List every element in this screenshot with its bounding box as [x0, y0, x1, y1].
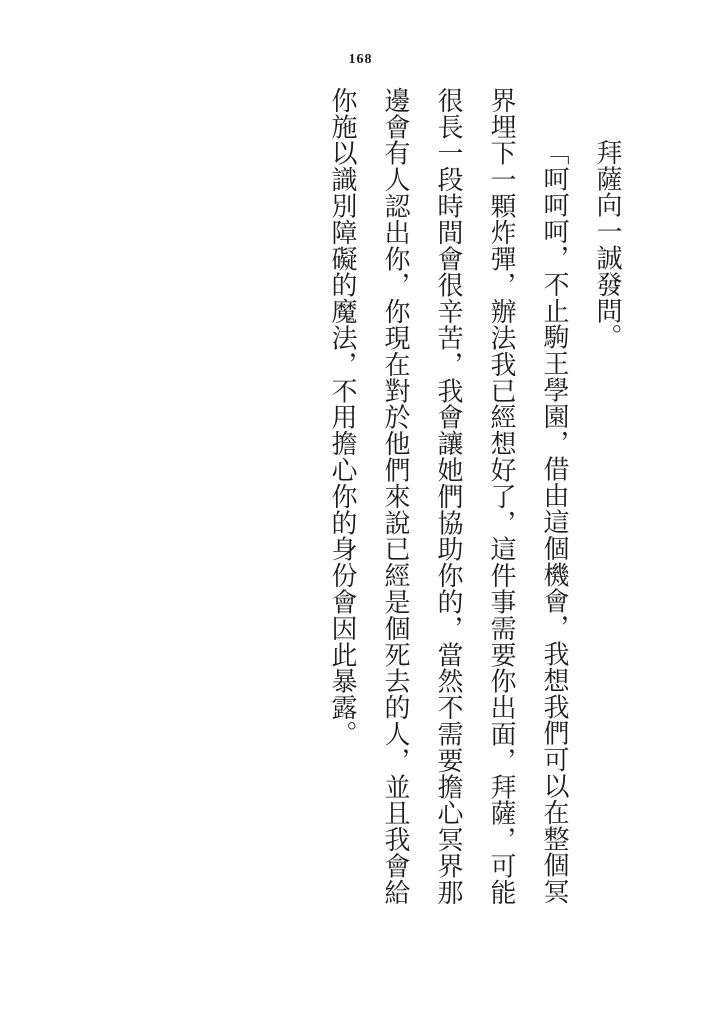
body-text: 拜薩向一誠發問。 「呵呵呵，不止駒王學園，借由這個機會，我想我們可以在整個冥界埋…	[316, 87, 634, 930]
book-page: 168 拜薩向一誠發問。 「呵呵呵，不止駒王學園，借由這個機會，我想我們可以在整…	[0, 0, 721, 1020]
paragraph: 「呵呵呵，不止駒王學園，借由這個機會，我想我們可以在整個冥界埋下一顆炸彈，辦法我…	[316, 87, 581, 930]
page-number: 168	[0, 52, 721, 68]
paragraph: 拜薩向一誠發問。	[581, 87, 634, 930]
